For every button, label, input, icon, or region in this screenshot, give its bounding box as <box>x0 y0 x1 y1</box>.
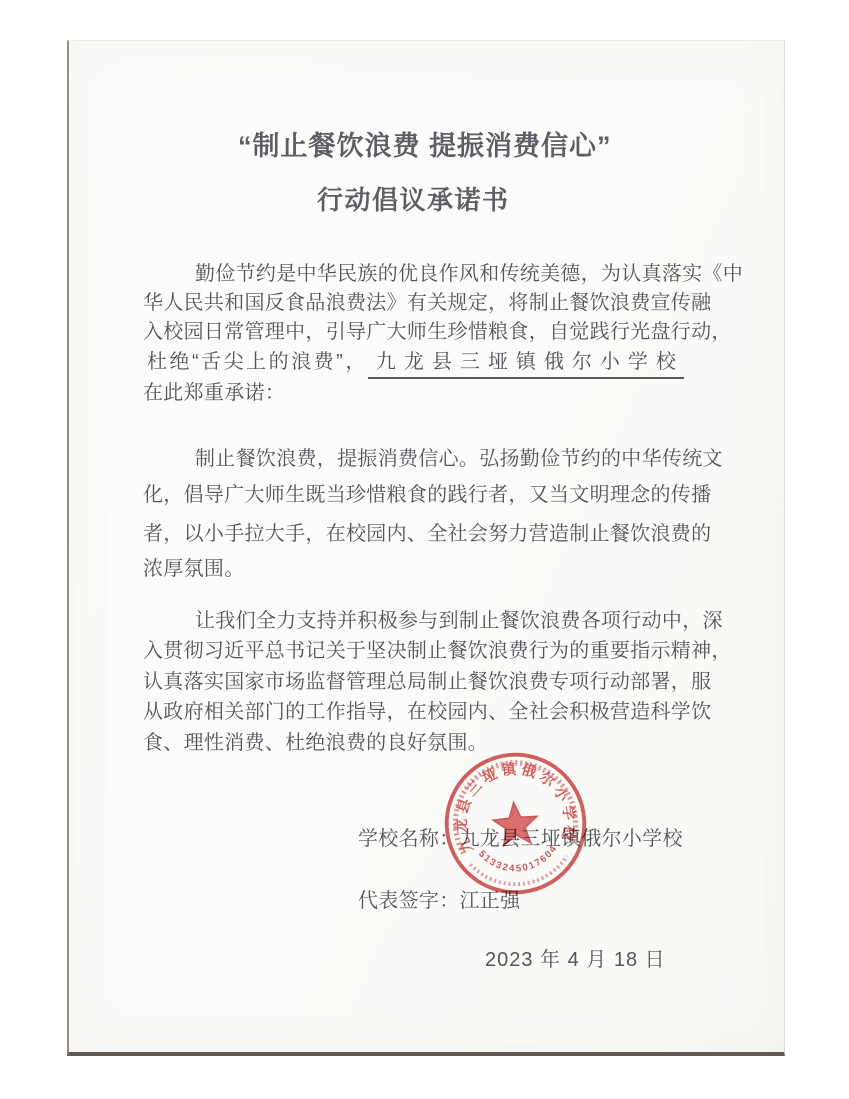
paragraph2-line2: 化，倡导广大师生既当珍惜粮食的践行者，又当文明理念的传播 <box>143 483 711 507</box>
official-seal-graphic: 九龙县三垭镇俄尔小学校 5133245017604 <box>432 740 600 908</box>
paragraph3-line3: 认真落实国家市场监督管理总局制止餐饮浪费专项行动部署，服 <box>143 670 711 694</box>
paragraph1-line3: 入校园日常管理中，引导广大师生珍惜粮食，自觉践行光盘行动， <box>143 320 732 344</box>
document-title-line2: 行动倡议承诺书 <box>317 180 510 217</box>
paragraph3-line4: 从政府相关部门的工作指导，在校园内、全社会积极营造科学饮 <box>143 700 711 724</box>
paragraph1-line4-prefix: 杜绝“舌尖上的浪费”， <box>147 351 368 373</box>
paragraph2-line3: 者，以小手拉大手，在校园内、全社会努力营造制止餐饮浪费的 <box>143 522 711 546</box>
scanned-document-page: “制止餐饮浪费 提振消费信心” 行动倡议承诺书 勤俭节约是中华民族的优良作风和传… <box>0 0 849 1099</box>
paragraph1-line4: 杜绝“舌尖上的浪费”，九龙县三垭镇俄尔小学校 <box>147 350 684 379</box>
school-name-underlined: 九龙县三垭镇俄尔小学校 <box>368 350 684 379</box>
paragraph1-line2: 华人民共和国反食品浪费法》有关规定，将制止餐饮浪费宣传融 <box>143 291 711 315</box>
document-title-line1: “制止餐饮浪费 提振消费信心” <box>238 124 612 163</box>
paragraph2-line1: 制止餐饮浪费，提振消费信心。弘扬勤俭节约的中华传统文 <box>195 447 723 471</box>
official-seal: 九龙县三垭镇俄尔小学校 5133245017604 <box>432 740 600 908</box>
paragraph1-line5: 在此郑重承诺： <box>143 381 285 405</box>
seal-serial-number: 5133245017604 <box>475 842 561 878</box>
paragraph3-line1: 让我们全力支持并积极参与到制止餐饮浪费各项行动中，深 <box>195 609 723 633</box>
paragraph2-line4: 浓厚氛围。 <box>143 557 245 581</box>
signature-date-line: 2023 年 4 月 18 日 <box>485 948 666 972</box>
paragraph3-line2: 入贯彻习近平总书记关于坚决制止餐饮浪费行为的重要指示精神， <box>143 639 732 663</box>
paragraph3-line5: 食、理性消费、杜绝浪费的良好氛围。 <box>143 731 488 755</box>
paragraph1-line1: 勤俭节约是中华民族的优良作风和传统美德，为认真落实《中 <box>195 262 743 286</box>
seal-star-icon <box>492 800 540 846</box>
